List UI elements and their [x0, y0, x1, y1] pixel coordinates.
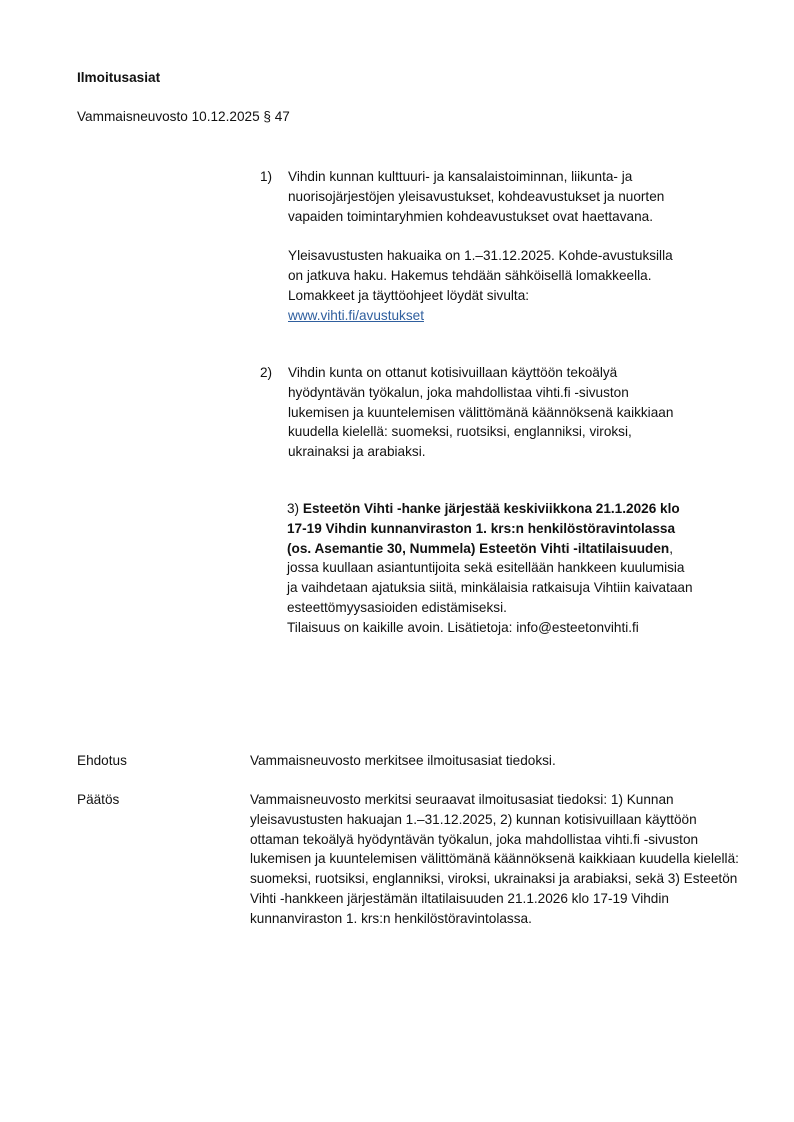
meeting-reference: Vammaisneuvosto 10.12.2025 § 47	[77, 109, 290, 124]
item-paragraph: Yleisavustusten hakuaika on 1.–31.12.202…	[288, 246, 690, 325]
section-heading: Ilmoitusasiat	[77, 70, 160, 85]
item-text: Yleisavustusten hakuaika on 1.–31.12.202…	[288, 248, 673, 303]
notice-item-1: 1) Vihdin kunnan kulttuuri- ja kansalais…	[260, 167, 690, 325]
event-contact: Tilaisuus on kaikille avoin. Lisätietoja…	[287, 620, 639, 635]
item-number: 1)	[260, 167, 272, 187]
proposal-label: Ehdotus	[77, 753, 127, 768]
decision-label: Päätös	[77, 792, 119, 807]
item-paragraph: Vihdin kunta on ottanut kotisivuillaan k…	[288, 363, 690, 462]
grants-link[interactable]: www.vihti.fi/avustukset	[288, 308, 424, 323]
item-paragraph: Vihdin kunnan kulttuuri- ja kansalaistoi…	[288, 167, 690, 226]
decision-text: Vammaisneuvosto merkitsi seuraavat ilmoi…	[250, 790, 740, 929]
item-number: 2)	[260, 363, 272, 383]
event-title: Esteetön Vihti -hanke järjestää keskivii…	[287, 501, 680, 556]
notice-item-2: 2) Vihdin kunta on ottanut kotisivuillaa…	[260, 363, 690, 462]
notice-item-3: 3) Esteetön Vihti -hanke järjestää keski…	[287, 499, 697, 638]
item-number: 3)	[287, 501, 299, 516]
proposal-text: Vammaisneuvosto merkitsee ilmoitusasiat …	[250, 751, 740, 771]
